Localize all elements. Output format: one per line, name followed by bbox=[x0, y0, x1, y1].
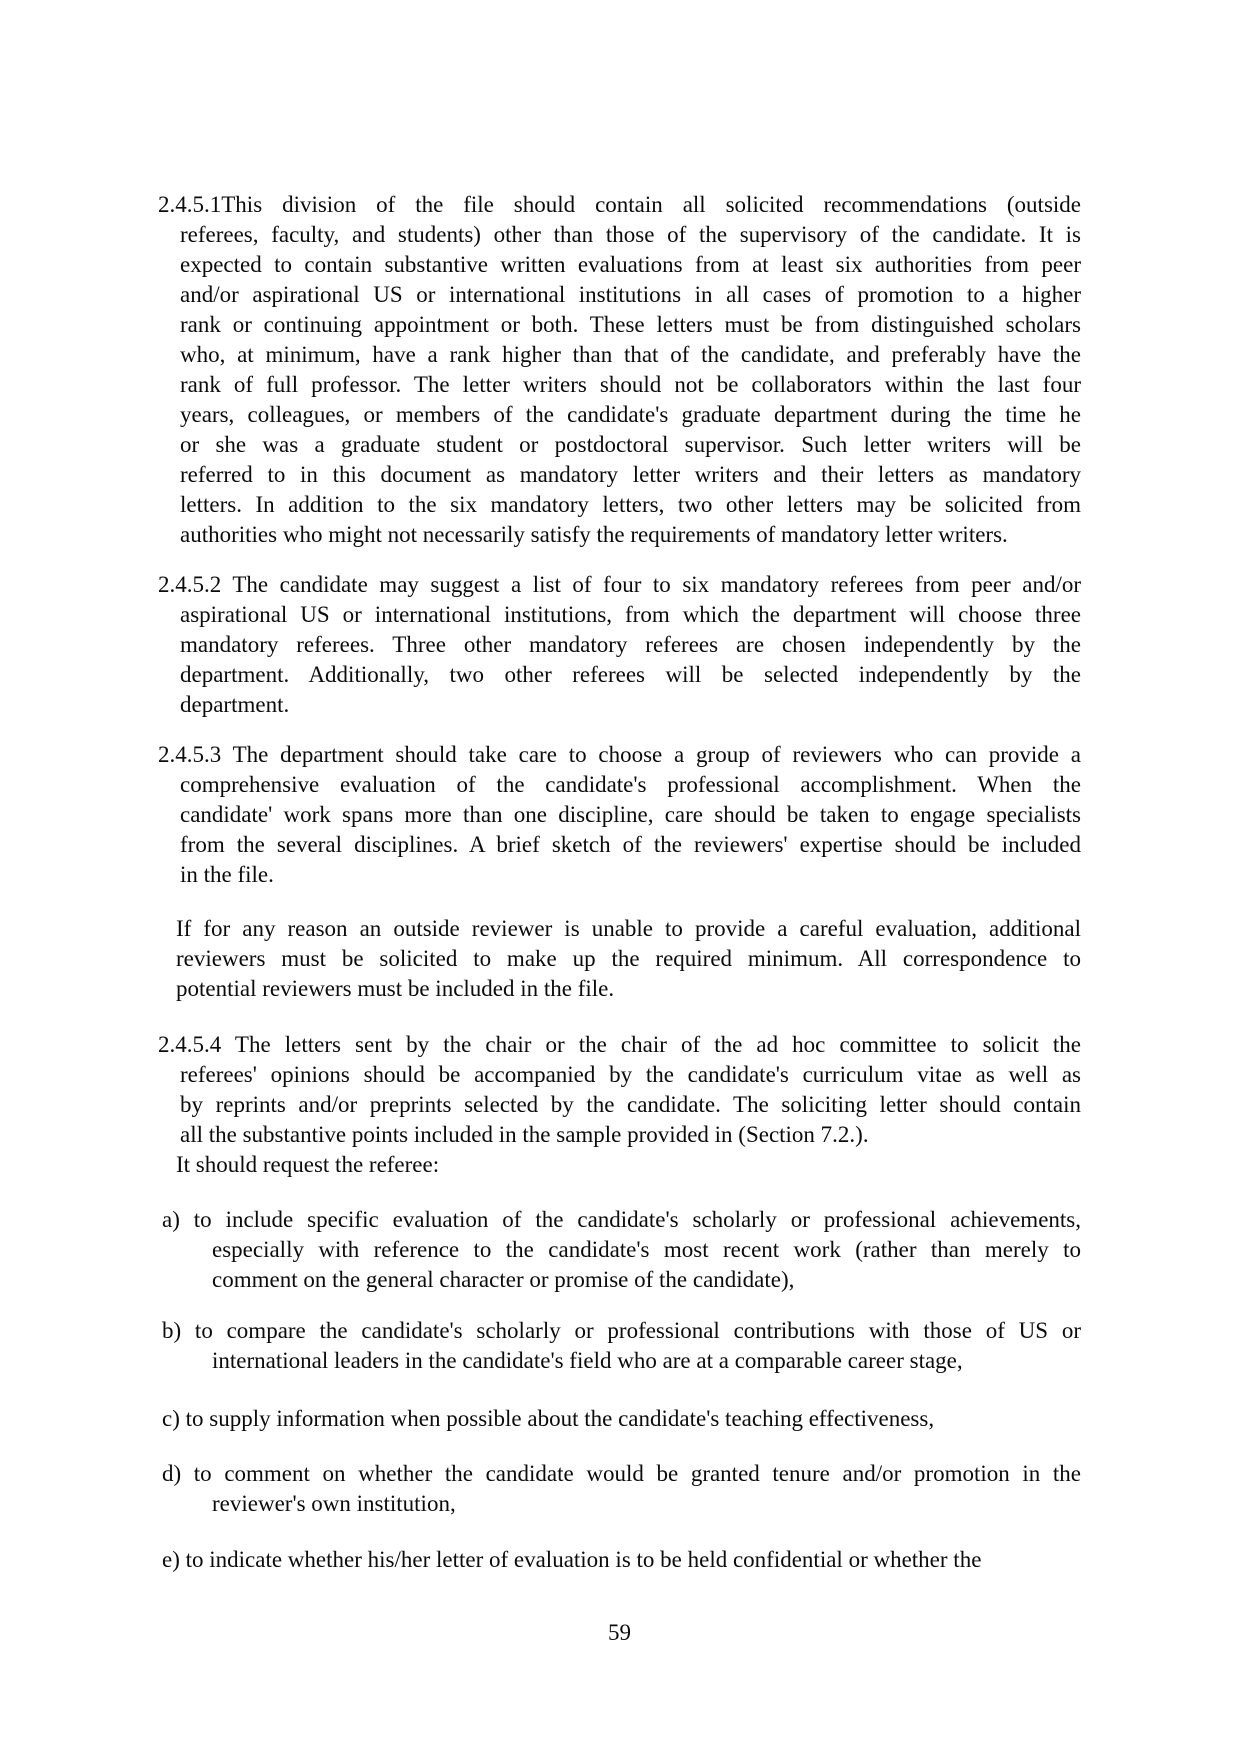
text-line: international leaders in the candidate's… bbox=[162, 1346, 1081, 1376]
list-item-b: b) to compare the candidate's scholarly … bbox=[162, 1316, 1081, 1376]
text-line: a) to include specific evaluation of the… bbox=[162, 1205, 1081, 1235]
text-line: especially with reference to the candida… bbox=[162, 1235, 1081, 1265]
text-line: letters. In addition to the six mandator… bbox=[158, 490, 1081, 520]
text-line: 2.4.5.3 The department should take care … bbox=[158, 740, 1081, 770]
text-line: It should request the referee: bbox=[176, 1150, 1081, 1180]
text-line: candidate' work spans more than one disc… bbox=[158, 800, 1081, 830]
text-line: from the several disciplines. A brief sk… bbox=[158, 830, 1081, 860]
text-line: department. Additionally, two other refe… bbox=[158, 660, 1081, 690]
text-line: d) to comment on whether the candidate w… bbox=[162, 1459, 1081, 1489]
text-line: referred to in this document as mandator… bbox=[158, 460, 1081, 490]
document-page: 2.4.5.1This division of the file should … bbox=[0, 0, 1241, 1648]
text-line: referees, faculty, and students) other t… bbox=[158, 220, 1081, 250]
text-line: comment on the general character or prom… bbox=[162, 1265, 1081, 1295]
list-item-c: c) to supply information when possible a… bbox=[162, 1404, 1081, 1434]
paragraph-2-4-5-4: 2.4.5.4 The letters sent by the chair or… bbox=[158, 1030, 1081, 1150]
list-item-d: d) to comment on whether the candidate w… bbox=[162, 1459, 1081, 1519]
text-line: who, at minimum, have a rank higher than… bbox=[158, 340, 1081, 370]
list-item-a: a) to include specific evaluation of the… bbox=[162, 1205, 1081, 1295]
list-item-e: e) to indicate whether his/her letter of… bbox=[162, 1545, 1081, 1575]
text-line: 2.4.5.4 The letters sent by the chair or… bbox=[158, 1030, 1081, 1060]
text-line: department. bbox=[158, 690, 1081, 720]
text-line: all the substantive points included in t… bbox=[158, 1120, 1081, 1150]
text-line: referees' opinions should be accompanied… bbox=[158, 1060, 1081, 1090]
text-line: rank of full professor. The letter write… bbox=[158, 370, 1081, 400]
paragraph-2-4-5-2: 2.4.5.2 The candidate may suggest a list… bbox=[158, 570, 1081, 720]
paragraph-additional-reviewers: If for any reason an outside reviewer is… bbox=[176, 914, 1081, 1004]
paragraph-request-referee: It should request the referee: bbox=[176, 1150, 1081, 1180]
text-line: b) to compare the candidate's scholarly … bbox=[162, 1316, 1081, 1346]
text-line: or she was a graduate student or postdoc… bbox=[158, 430, 1081, 460]
text-line: reviewers must be solicited to make up t… bbox=[176, 944, 1081, 974]
text-line: comprehensive evaluation of the candidat… bbox=[158, 770, 1081, 800]
text-line: 2.4.5.1This division of the file should … bbox=[158, 190, 1081, 220]
text-line: 2.4.5.2 The candidate may suggest a list… bbox=[158, 570, 1081, 600]
text-line: authorities who might not necessarily sa… bbox=[158, 520, 1081, 550]
page-footer: 59 bbox=[158, 1618, 1081, 1648]
text-line: reviewer's own institution, bbox=[162, 1489, 1081, 1519]
text-line: years, colleagues, or members of the can… bbox=[158, 400, 1081, 430]
page-number: 59 bbox=[608, 1620, 631, 1645]
text-line: mandatory referees. Three other mandator… bbox=[158, 630, 1081, 660]
text-line: by reprints and/or preprints selected by… bbox=[158, 1090, 1081, 1120]
text-line: aspirational US or international institu… bbox=[158, 600, 1081, 630]
text-line: potential reviewers must be included in … bbox=[176, 974, 1081, 1004]
text-line: e) to indicate whether his/her letter of… bbox=[162, 1545, 1081, 1575]
text-line: expected to contain substantive written … bbox=[158, 250, 1081, 280]
paragraph-2-4-5-3: 2.4.5.3 The department should take care … bbox=[158, 740, 1081, 890]
text-line: in the file. bbox=[158, 860, 1081, 890]
text-line: c) to supply information when possible a… bbox=[162, 1404, 1081, 1434]
paragraph-2-4-5-1: 2.4.5.1This division of the file should … bbox=[158, 190, 1081, 550]
text-line: and/or aspirational US or international … bbox=[158, 280, 1081, 310]
text-line: If for any reason an outside reviewer is… bbox=[176, 914, 1081, 944]
text-line: rank or continuing appointment or both. … bbox=[158, 310, 1081, 340]
